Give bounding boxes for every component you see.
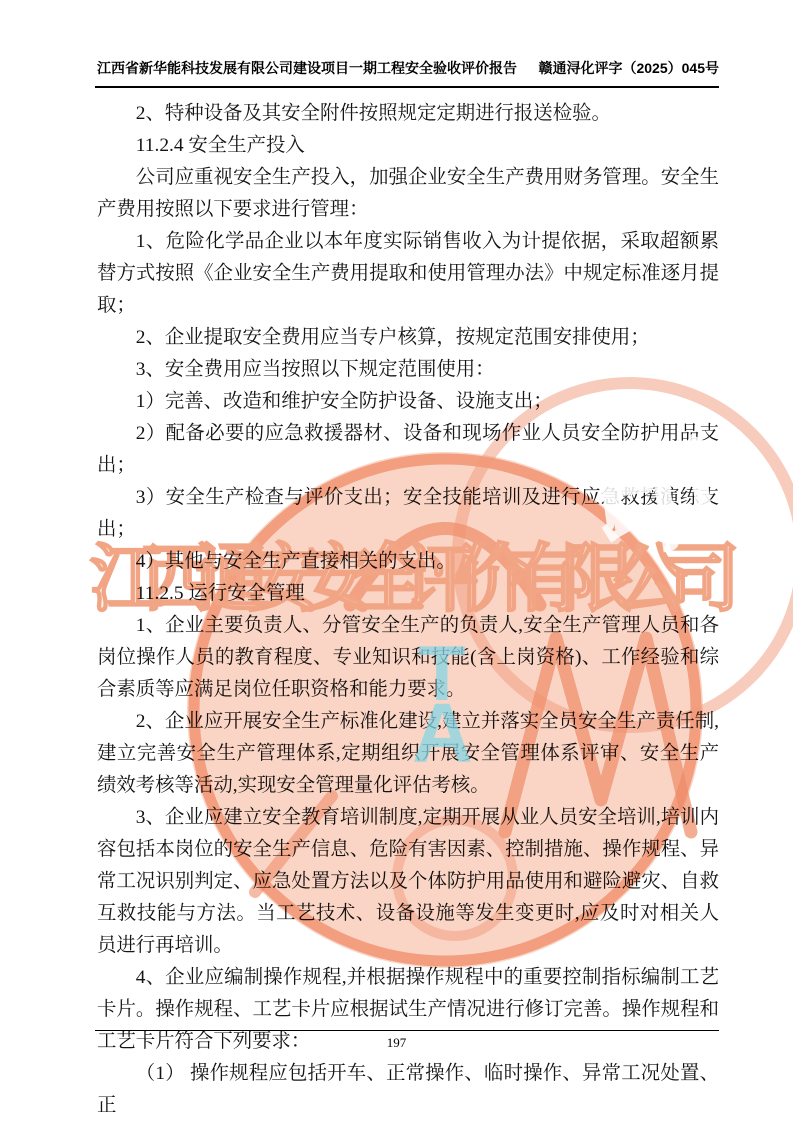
footer-rule [95, 1030, 719, 1031]
page-header: 江西省新华能科技发展有限公司建设项目一期工程安全验收评价报告 赣通浔化评字（20… [97, 58, 719, 78]
paragraph: 2）配备必要的应急救援器材、设备和现场作业人员安全防护用品支出； [97, 418, 719, 482]
paragraph: 公司应重视安全生产投入，加强企业安全生产费用财务管理。安全生产费用按照以下要求进… [97, 162, 719, 226]
page-number: 197 [0, 1035, 793, 1051]
paragraph: 1、企业主要负责人、分管安全生产的负责人,安全生产管理人员和各岗位操作人员的教育… [97, 610, 719, 706]
paragraph: 3、企业应建立安全教育培训制度,定期开展从业人员安全培训,培训内容包括本岗位的安… [97, 802, 719, 962]
header-rule [95, 86, 719, 88]
paragraph: 1、危险化学品企业以本年度实际销售收入为计提依据，采取超额累替方式按照《企业安全… [97, 226, 719, 322]
paragraph: 1）完善、改造和维护安全防护设备、设施支出； [97, 386, 719, 418]
paragraph: 4）其他与安全生产直接相关的支出。 [97, 546, 719, 578]
paragraph: （1） 操作规程应包括开车、正常操作、临时操作、异常工况处置、正 [97, 1058, 719, 1122]
section-heading: 11.2.5 运行安全管理 [97, 578, 719, 610]
paragraph: 3）安全生产检查与评价支出；安全技能培训及进行应急救援演练支出； [97, 482, 719, 546]
paragraph: 2、企业提取安全费用应当专户核算，按规定范围安排使用； [97, 322, 719, 354]
paragraph: 2、企业应开展安全生产标准化建设,建立并落实全员安全生产责任制,建立完善安全生产… [97, 706, 719, 802]
paragraph: 3、安全费用应当按照以下规定范围使用： [97, 354, 719, 386]
section-heading: 11.2.4 安全生产投入 [97, 130, 719, 162]
paragraph: 2、特种设备及其安全附件按照规定定期进行报送检验。 [97, 98, 719, 130]
header-report-title: 江西省新华能科技发展有限公司建设项目一期工程安全验收评价报告 [97, 58, 517, 78]
header-document-number: 赣通浔化评字（2025）045号 [538, 58, 719, 78]
document-page: 江西省新华能科技发展有限公司建设项目一期工程安全验收评价报告 赣通浔化评字（20… [0, 0, 793, 1122]
document-body: 2、特种设备及其安全附件按照规定定期进行报送检验。11.2.4 安全生产投入公司… [97, 98, 719, 1122]
